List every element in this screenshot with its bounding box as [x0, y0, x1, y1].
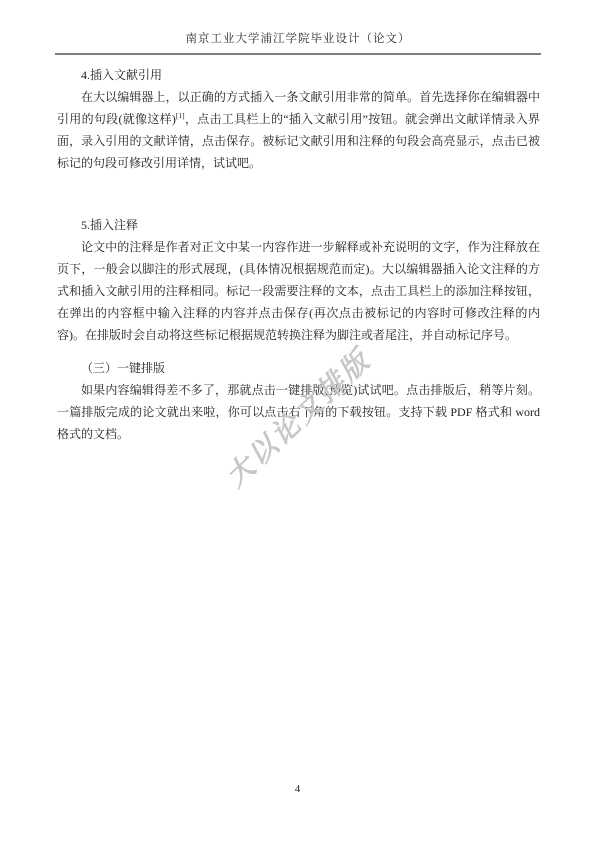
citation-superscript: [1] — [176, 111, 185, 120]
page-header: 南京工业大学浦江学院毕业设计（论文） — [55, 31, 541, 55]
document-page: 南京工业大学浦江学院毕业设计（论文） 4.插入文献引用 在大以编辑器上，以正确的… — [0, 0, 595, 842]
section-one-click-layout: （三）一键排版 如果内容编辑得差不多了，那就点击一键排版(预览)试试吧。点击排版… — [57, 357, 540, 445]
paragraph-one-click-layout: 如果内容编辑得差不多了，那就点击一键排版(预览)试试吧。点击排版后，稍等片刻。一… — [57, 379, 540, 445]
section-citation: 4.插入文献引用 在大以编辑器上，以正确的方式插入一条文献引用非常的简单。首先选… — [57, 64, 540, 174]
section-notes: 5.插入注释 论文中的注释是作者对正文中某一内容作进一步解释或补充说明的文字，作… — [57, 214, 540, 346]
paragraph-citation: 在大以编辑器上，以正确的方式插入一条文献引用非常的简单。首先选择你在编辑器中引用… — [57, 86, 540, 174]
page-footer: 4 — [0, 783, 595, 795]
section-heading-citation: 4.插入文献引用 — [57, 64, 540, 86]
section-heading-notes: 5.插入注释 — [57, 214, 540, 236]
header-title: 南京工业大学浦江学院毕业设计（论文） — [186, 33, 411, 45]
page-content: 4.插入文献引用 在大以编辑器上，以正确的方式插入一条文献引用非常的简单。首先选… — [57, 64, 540, 445]
page-number: 4 — [295, 783, 301, 795]
section-heading-one-click-layout: （三）一键排版 — [57, 357, 540, 379]
paragraph-notes: 论文中的注释是作者对正文中某一内容作进一步解释或补充说明的文字，作为注释放在页下… — [57, 236, 540, 346]
